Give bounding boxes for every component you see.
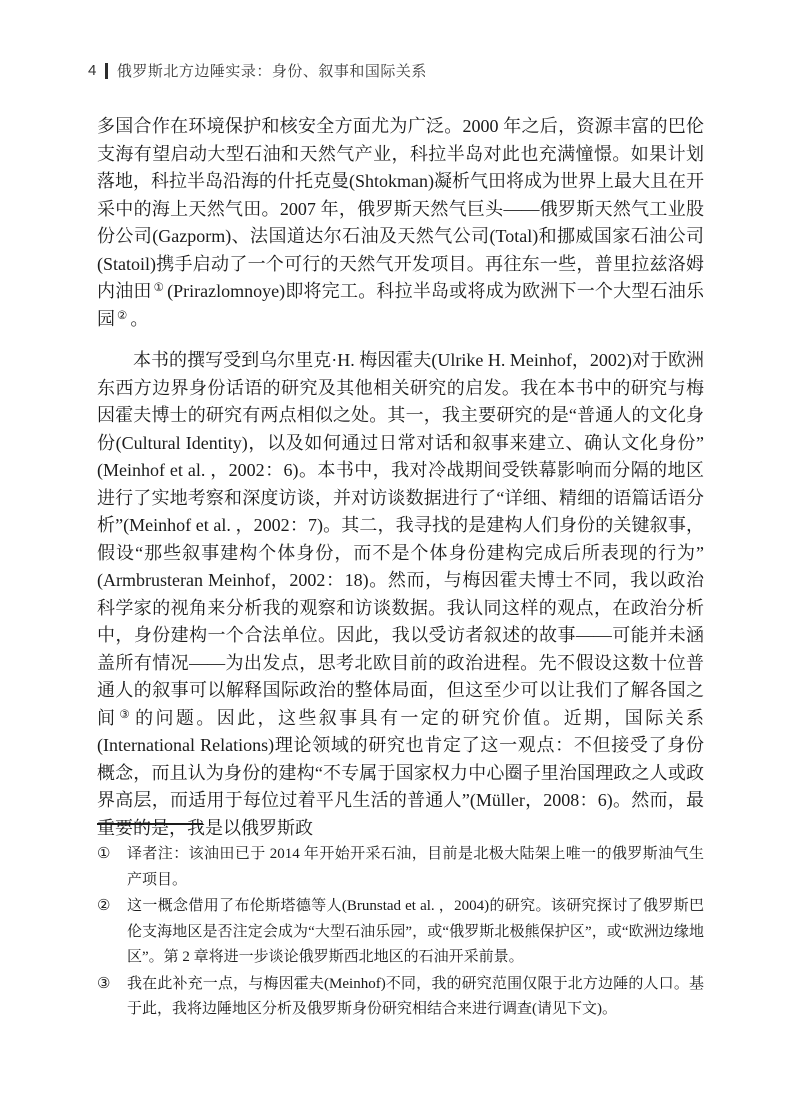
footnote-text: 我在此补充一点，与梅因霍夫(Meinhof)不同，我的研究范围仅限于北方边陲的人…: [127, 976, 704, 1018]
footnote-text: 译者注：该油田已于 2014 年开始开采石油，目前是北极大陆架上唯一的俄罗斯油气…: [127, 846, 704, 888]
footnote-rule: [97, 823, 203, 825]
footnote-marker: ③: [97, 972, 110, 998]
footnote-item: ③我在此补充一点，与梅因霍夫(Meinhof)不同，我的研究范围仅限于北方边陲的…: [97, 972, 704, 1023]
footnote-text: 这一概念借用了布伦斯塔德等人(Brunstad et al. ，2004)的研究…: [127, 898, 704, 965]
footnote-ref: ①: [154, 282, 165, 294]
page-number: 4: [88, 62, 97, 79]
footnote-ref: ②: [117, 310, 127, 322]
paragraph: 多国合作在环境保护和核安全方面尤为广泛。2000 年之后，资源丰富的巴伦支海有望…: [97, 113, 704, 333]
footnote-marker: ②: [97, 894, 110, 920]
footnote-item: ②这一概念借用了布伦斯塔德等人(Brunstad et al. ，2004)的研…: [97, 894, 704, 971]
footnote-ref: ③: [119, 709, 132, 721]
book-title: 俄罗斯北方边陲实录：身份、叙事和国际关系: [117, 60, 427, 81]
footnote-item: ①译者注：该油田已于 2014 年开始开采石油，目前是北极大陆架上唯一的俄罗斯油…: [97, 842, 704, 893]
body-text: 多国合作在环境保护和核安全方面尤为广泛。2000 年之后，资源丰富的巴伦支海有望…: [97, 113, 704, 842]
footnote-marker: ①: [97, 842, 110, 868]
running-header: 4 俄罗斯北方边陲实录：身份、叙事和国际关系: [88, 60, 709, 81]
header-divider-bar: [105, 63, 108, 79]
book-page: 4 俄罗斯北方边陲实录：身份、叙事和国际关系 多国合作在环境保护和核安全方面尤为…: [0, 0, 799, 1118]
footnotes: ①译者注：该油田已于 2014 年开始开采石油，目前是北极大陆架上唯一的俄罗斯油…: [97, 842, 704, 1024]
paragraph: 本书的撰写受到乌尔里克·H. 梅因霍夫(Ulrike H. Meinhof，20…: [97, 347, 704, 842]
